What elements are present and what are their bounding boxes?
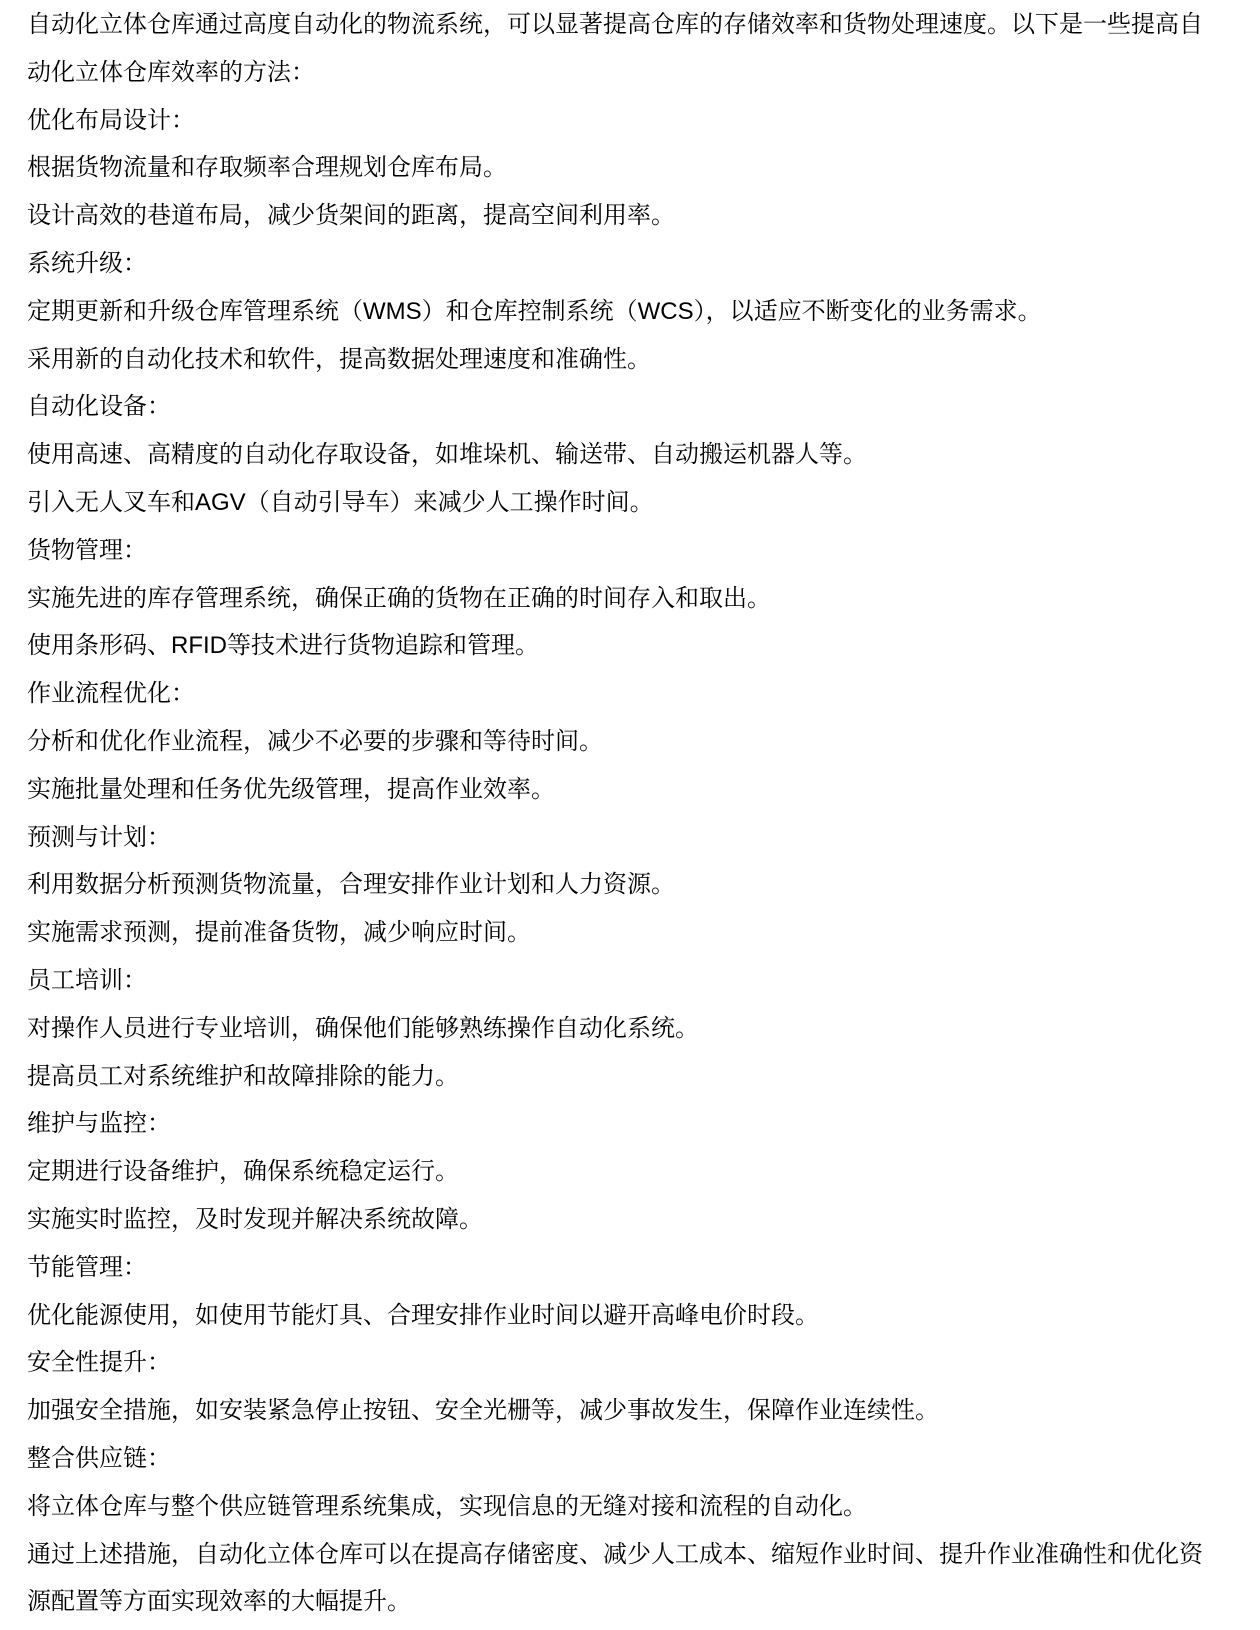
- body-line: 实施批量处理和任务优先级管理，提高作业效率。: [27, 766, 1240, 814]
- body-line: 使用条形码、RFID等技术进行货物追踪和管理。: [27, 622, 1240, 670]
- body-line: 加强安全措施，如安装紧急停止按钮、安全光栅等，减少事故发生，保障作业连续性。: [27, 1387, 1240, 1435]
- section-heading-safety-improvement: 安全性提升：: [27, 1339, 1240, 1387]
- intro-line-1: 自动化立体仓库通过高度自动化的物流系统，可以显著提高仓库的存储效率和货物处理速度…: [27, 1, 1240, 49]
- section-heading-automation-equipment: 自动化设备：: [27, 383, 1240, 431]
- body-line: 利用数据分析预测货物流量，合理安排作业计划和人力资源。: [27, 861, 1240, 909]
- intro-line-2: 动化立体仓库效率的方法：: [27, 49, 1240, 97]
- section-heading-workflow-optimization: 作业流程优化：: [27, 670, 1240, 718]
- section-heading-energy-management: 节能管理：: [27, 1244, 1240, 1292]
- body-line: 定期更新和升级仓库管理系统（WMS）和仓库控制系统（WCS），以适应不断变化的业…: [27, 288, 1240, 336]
- section-heading-goods-management: 货物管理：: [27, 527, 1240, 575]
- section-heading-layout-design: 优化布局设计：: [27, 97, 1240, 145]
- conclusion-line-1: 通过上述措施，自动化立体仓库可以在提高存储密度、减少人工成本、缩短作业时间、提升…: [27, 1531, 1240, 1579]
- body-line: 引入无人叉车和AGV（自动引导车）来减少人工操作时间。: [27, 479, 1240, 527]
- body-line: 采用新的自动化技术和软件，提高数据处理速度和准确性。: [27, 336, 1240, 384]
- body-line: 提高员工对系统维护和故障排除的能力。: [27, 1053, 1240, 1101]
- section-heading-staff-training: 员工培训：: [27, 957, 1240, 1005]
- body-line: 实施实时监控，及时发现并解决系统故障。: [27, 1196, 1240, 1244]
- body-line: 定期进行设备维护，确保系统稳定运行。: [27, 1148, 1240, 1196]
- section-heading-maintenance-monitoring: 维护与监控：: [27, 1100, 1240, 1148]
- body-line: 使用高速、高精度的自动化存取设备，如堆垛机、输送带、自动搬运机器人等。: [27, 431, 1240, 479]
- body-line: 根据货物流量和存取频率合理规划仓库布局。: [27, 144, 1240, 192]
- section-heading-supply-chain-integration: 整合供应链：: [27, 1435, 1240, 1483]
- document-page: 自动化立体仓库通过高度自动化的物流系统，可以显著提高仓库的存储效率和货物处理速度…: [0, 0, 1260, 1630]
- section-heading-system-upgrade: 系统升级：: [27, 240, 1240, 288]
- body-line: 对操作人员进行专业培训，确保他们能够熟练操作自动化系统。: [27, 1005, 1240, 1053]
- body-line: 设计高效的巷道布局，减少货架间的距离，提高空间利用率。: [27, 192, 1240, 240]
- body-line: 优化能源使用，如使用节能灯具、合理安排作业时间以避开高峰电价时段。: [27, 1292, 1240, 1340]
- body-line: 实施先进的库存管理系统，确保正确的货物在正确的时间存入和取出。: [27, 575, 1240, 623]
- body-line: 实施需求预测，提前准备货物，减少响应时间。: [27, 909, 1240, 957]
- body-line: 分析和优化作业流程，减少不必要的步骤和等待时间。: [27, 718, 1240, 766]
- section-heading-forecast-planning: 预测与计划：: [27, 814, 1240, 862]
- body-line: 将立体仓库与整个供应链管理系统集成，实现信息的无缝对接和流程的自动化。: [27, 1483, 1240, 1531]
- conclusion-line-2: 源配置等方面实现效率的大幅提升。: [27, 1578, 1240, 1626]
